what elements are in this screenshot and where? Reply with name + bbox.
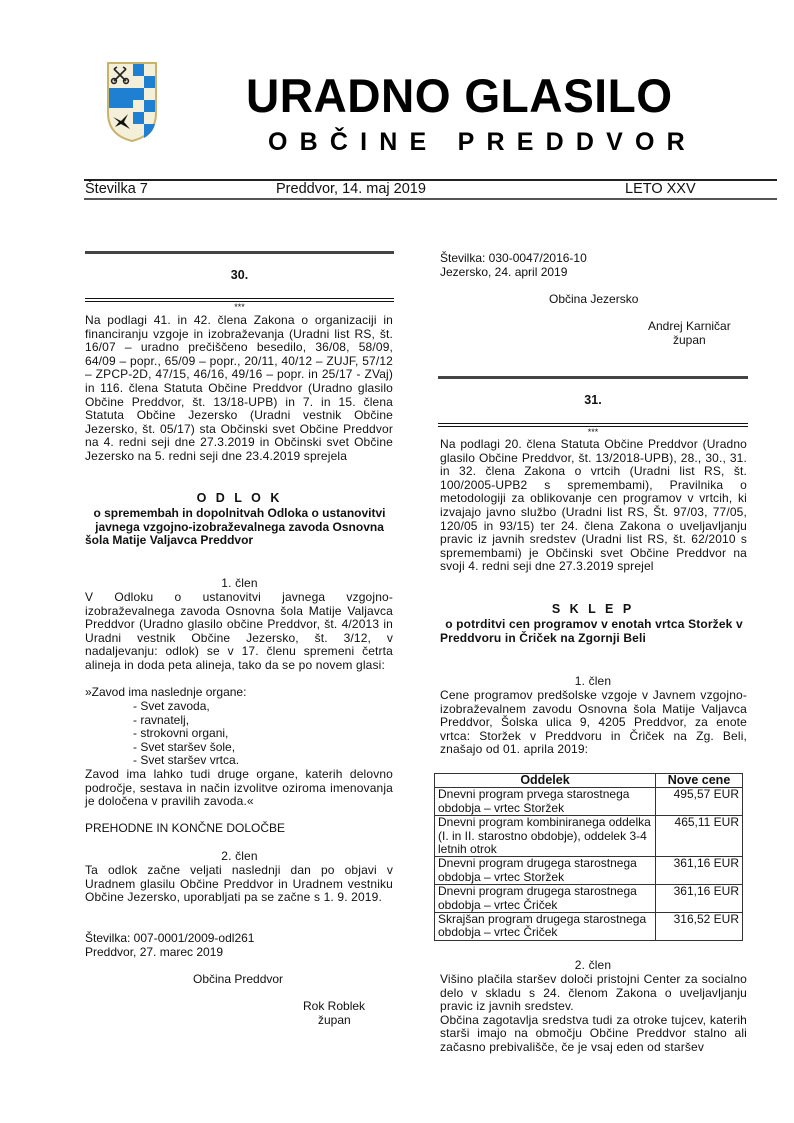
- list-item: - strokovni organi,: [85, 727, 239, 741]
- sklep-article2-text-p1: Višino plačila staršev določi pristojni …: [440, 973, 747, 1014]
- article-number-31: 31.: [438, 393, 748, 407]
- publication-subtitle: OBČINE PREDDVOR: [268, 127, 697, 157]
- transitional-provisions-heading: PREHODNE IN KONČNE DOLOČBE: [85, 822, 285, 836]
- volume-year: LETO XXV: [625, 181, 696, 198]
- list-item: - Svet zavoda,: [85, 700, 239, 714]
- odlok-title-text: o spremembah in dopolnitvah Odloka o ust…: [85, 507, 394, 548]
- list-item: - Svet staršev šole,: [85, 741, 239, 755]
- odlok-preamble: Na podlagi 41. in 42. člena Zakona o org…: [85, 314, 393, 464]
- program-cell: Skrajšan program drugega starostnega obd…: [435, 913, 656, 941]
- jezersko-signatory-role: župan: [673, 334, 706, 348]
- sklep-article2-heading: 2. člen: [438, 959, 748, 973]
- odlok-ref-place-date: Preddvor, 27. marec 2019: [85, 946, 223, 960]
- odlok-preamble-text: Na podlagi 41. in 42. člena Zakona o org…: [85, 314, 393, 464]
- odlok-article1-text: V Odloku o ustanovitvi javnega vzgojno-i…: [85, 591, 393, 673]
- odlok-municipality: Občina Preddvor: [193, 973, 283, 987]
- program-cell: Dnevni program drugega starostnega obdob…: [435, 885, 656, 913]
- sklep-doc-type: S K L E P: [438, 603, 748, 617]
- list-item: - Svet staršev vrtca.: [85, 754, 239, 768]
- publication-title: URADNO GLASILO: [246, 70, 697, 122]
- odlok-article1-body: V Odloku o ustanovitvi javnega vzgojno-i…: [85, 591, 393, 673]
- quote-intro: »Zavod ima naslednje organe:: [85, 686, 246, 700]
- section-stars: ***: [85, 303, 394, 312]
- sklep-article1-body: Cene programov predšolske vzgoje v Javne…: [440, 689, 747, 757]
- odlok-title: o spremembah in dopolnitvah Odloka o ust…: [85, 507, 394, 548]
- jezersko-ref-number: Številka: 030-0047/2016-10: [440, 252, 587, 266]
- odlok-ref-number: Številka: 007-0001/2009-odl261: [85, 932, 254, 946]
- sklep-title-text: o potrditvi cen programov v enotah vrtca…: [440, 618, 748, 645]
- odlok-signatory-name: Rok Roblek: [303, 1000, 365, 1014]
- odlok-signatory-role: župan: [318, 1014, 351, 1028]
- table-row: Skrajšan program drugega starostnega obd…: [435, 913, 743, 941]
- quote-outro: Zavod ima lahko tudi druge organe, kater…: [85, 768, 393, 809]
- price-cell: 361,16 EUR: [656, 885, 743, 913]
- odlok-article2-body: Ta odlok začne veljati naslednji dan po …: [85, 864, 393, 905]
- table-row: Dnevni program kombiniranega oddelka (I.…: [435, 816, 743, 857]
- issue-date: Preddvor, 14. maj 2019: [276, 181, 426, 198]
- organs-list: - Svet zavoda, - ravnatelj, - strokovni …: [85, 700, 239, 768]
- jezersko-signatory-name: Andrej Karničar: [648, 320, 731, 334]
- table-header-row: Oddelek Nove cene: [435, 774, 743, 788]
- program-cell: Dnevni program prvega starostnega obdobj…: [435, 788, 656, 816]
- table-row: Dnevni program drugega starostnega obdob…: [435, 885, 743, 913]
- sklep-article2-body: Višino plačila staršev določi pristojni …: [440, 973, 747, 1055]
- odlok-article1-heading: 1. člen: [85, 577, 394, 591]
- quote-outro-text: Zavod ima lahko tudi druge organe, kater…: [85, 768, 393, 809]
- program-cell: Dnevni program kombiniranega oddelka (I.…: [435, 816, 656, 857]
- odlok-article2-text: Ta odlok začne veljati naslednji dan po …: [85, 864, 393, 905]
- table-row: Dnevni program drugega starostnega obdob…: [435, 857, 743, 885]
- column-header-department: Oddelek: [435, 774, 656, 788]
- price-cell: 465,11 EUR: [656, 816, 743, 857]
- sklep-article2-text-p2: Občina zagotavlja sredstva tudi za otrok…: [440, 1014, 747, 1055]
- section-stars: ***: [438, 428, 748, 437]
- issue-number: Številka 7: [85, 181, 148, 198]
- price-cell: 495,57 EUR: [656, 788, 743, 816]
- column-header-new-prices: Nove cene: [656, 774, 743, 788]
- sklep-article1-text: Cene programov predšolske vzgoje v Javne…: [440, 689, 747, 757]
- sklep-title: o potrditvi cen programov v enotah vrtca…: [440, 618, 748, 645]
- sklep-article1-heading: 1. člen: [438, 675, 748, 689]
- price-table: Oddelek Nove cene Dnevni program prvega …: [434, 773, 743, 941]
- table-row: Dnevni program prvega starostnega obdobj…: [435, 788, 743, 816]
- program-cell: Dnevni program drugega starostnega obdob…: [435, 857, 656, 885]
- article-divider: [85, 251, 394, 254]
- price-cell: 361,16 EUR: [656, 857, 743, 885]
- odlok-article2-heading: 2. člen: [85, 850, 394, 864]
- masthead-divider-bottom: [84, 198, 777, 200]
- municipal-crest-icon: [106, 61, 158, 143]
- jezersko-ref-place-date: Jezersko, 24. april 2019: [440, 266, 567, 280]
- odlok-doc-type: O D L O K: [85, 492, 394, 506]
- article-number-30: 30.: [85, 268, 394, 282]
- sklep-preamble: Na podlagi 20. člena Statuta Občine Pred…: [440, 438, 747, 574]
- sklep-preamble-text: Na podlagi 20. člena Statuta Občine Pred…: [440, 438, 747, 574]
- article-divider: [438, 376, 748, 379]
- price-cell: 316,52 EUR: [656, 913, 743, 941]
- jezersko-municipality: Občina Jezersko: [549, 293, 638, 307]
- list-item: - ravnatelj,: [85, 714, 239, 728]
